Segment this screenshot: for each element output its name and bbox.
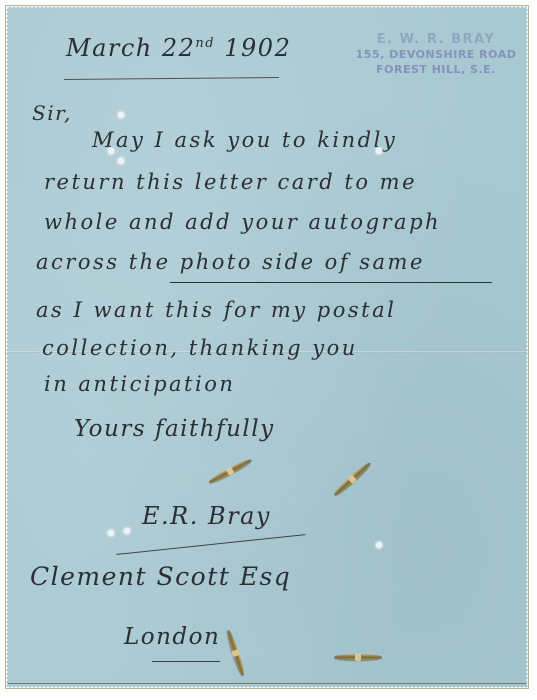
city-underline xyxy=(152,661,220,662)
pin-hole-icon xyxy=(118,158,124,164)
sender-address-stamp: E. W. R. BRAY 155, DEVONSHIRE ROAD FORES… xyxy=(346,32,526,77)
signature-underline xyxy=(116,534,305,555)
body-line-5: as I want this for my postal xyxy=(36,298,396,322)
perforated-edge-right xyxy=(525,6,528,688)
stamp-address-line2: FOREST HILL, S.E. xyxy=(346,62,526,77)
brass-fastener-icon xyxy=(332,461,372,498)
photo-side-underline xyxy=(170,282,492,283)
stamp-name: E. W. R. BRAY xyxy=(346,32,526,47)
pin-hole-icon xyxy=(124,528,130,534)
letter-date: March 22nd 1902 xyxy=(66,34,291,62)
perforated-edge-bottom xyxy=(6,683,528,688)
body-line-6: collection, thanking you xyxy=(42,336,358,360)
brass-fastener-icon xyxy=(334,654,382,660)
date-underline xyxy=(64,77,279,80)
salutation: Sir, xyxy=(32,101,72,125)
body-line-4: across the photo side of same xyxy=(36,250,425,274)
brass-fastener-icon xyxy=(226,629,247,677)
letter-card: E. W. R. BRAY 155, DEVONSHIRE ROAD FORES… xyxy=(6,6,528,688)
body-line-2: return this letter card to me xyxy=(44,170,417,194)
pin-hole-icon xyxy=(118,112,124,118)
body-line-7: in anticipation xyxy=(44,372,235,396)
addressee-city: London xyxy=(124,624,220,650)
perforated-edge-top xyxy=(6,6,528,9)
body-line-1: May I ask you to kindly xyxy=(92,128,397,152)
perforated-edge-left xyxy=(6,6,9,688)
signature: E.R. Bray xyxy=(142,502,271,530)
addressee: Clement Scott Esq xyxy=(30,562,291,591)
date-day: March 22 xyxy=(66,34,195,62)
pin-hole-icon xyxy=(108,530,114,536)
closing: Yours faithfully xyxy=(74,416,275,442)
stamp-address-line1: 155, DEVONSHIRE ROAD xyxy=(346,47,526,62)
date-year: 1902 xyxy=(224,34,291,62)
pin-hole-icon xyxy=(108,148,114,154)
brass-fastener-icon xyxy=(207,457,252,485)
pin-hole-icon xyxy=(376,542,382,548)
pin-hole-icon xyxy=(376,148,382,154)
date-suffix: nd xyxy=(195,36,215,51)
body-line-3: whole and add your autograph xyxy=(44,210,441,234)
